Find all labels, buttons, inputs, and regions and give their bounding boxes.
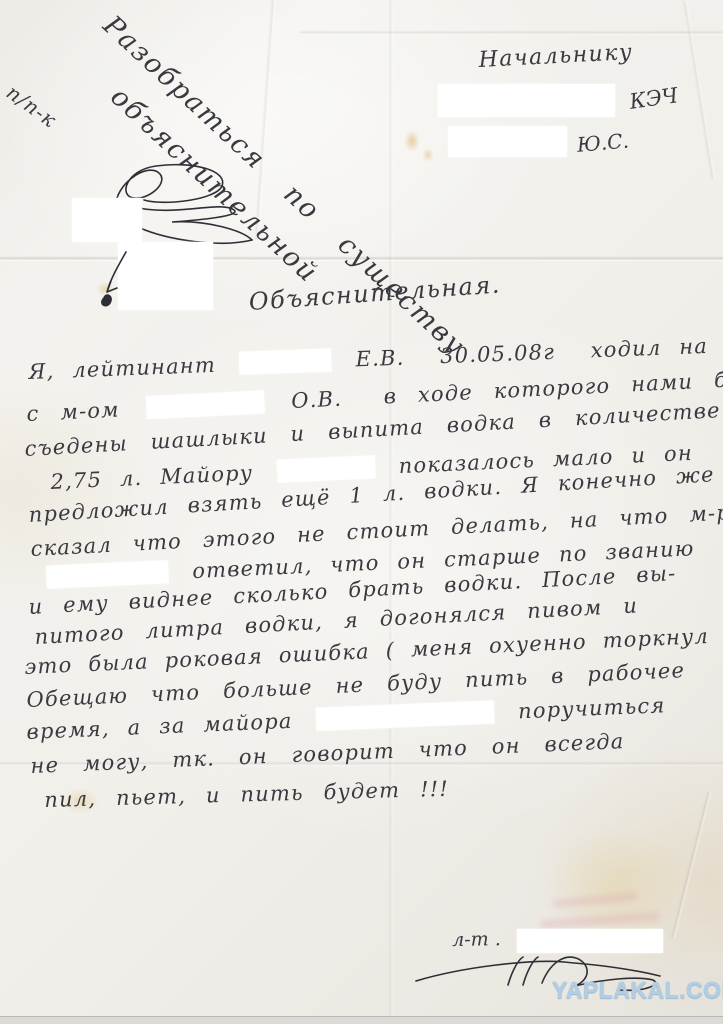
redaction-box [146, 390, 265, 419]
redaction-box [276, 455, 375, 482]
scanner-edge [0, 1016, 723, 1024]
handwritten-line: пил, пьет, и пить будет !!! [44, 777, 449, 812]
redaction-box [438, 84, 615, 117]
ink-bleedthrough [552, 892, 638, 907]
crease-line [388, 0, 394, 1024]
handwritten-text: поручиться [500, 693, 666, 724]
ink-bleedthrough [540, 912, 660, 929]
corner-annotation: п/п-к [2, 80, 62, 132]
crease-line [300, 30, 723, 36]
handwritten-text: с м-ом [26, 396, 141, 426]
header-initials: Ю.С. [576, 128, 630, 156]
handwritten-text: время, а за майора [26, 708, 311, 744]
redaction-box [316, 700, 495, 730]
handwritten-text: Я, лейтинант [28, 352, 234, 384]
scanned-document: п/п-к Разобраться по существу объяснител… [0, 0, 723, 1024]
redaction-box [46, 560, 169, 589]
header-org: КЭЧ [628, 83, 679, 114]
redaction-box [448, 126, 567, 157]
paper-stain [404, 130, 420, 152]
paper-stain [422, 148, 434, 162]
header-addressee: Начальнику [478, 40, 634, 73]
redaction-box [72, 198, 142, 242]
crease-line [682, 1, 716, 180]
redaction-box [118, 242, 213, 310]
arrow-scribble [96, 248, 132, 306]
paper-stain [545, 825, 685, 945]
crease-line [670, 792, 712, 939]
handwritten-text: пил, пьет, и пить будет !!! [44, 777, 449, 812]
redaction-box [239, 348, 332, 375]
handwritten-text: 2,75 л. Майору [50, 460, 272, 494]
watermark: YAPLAKAL.COM [552, 977, 723, 1004]
